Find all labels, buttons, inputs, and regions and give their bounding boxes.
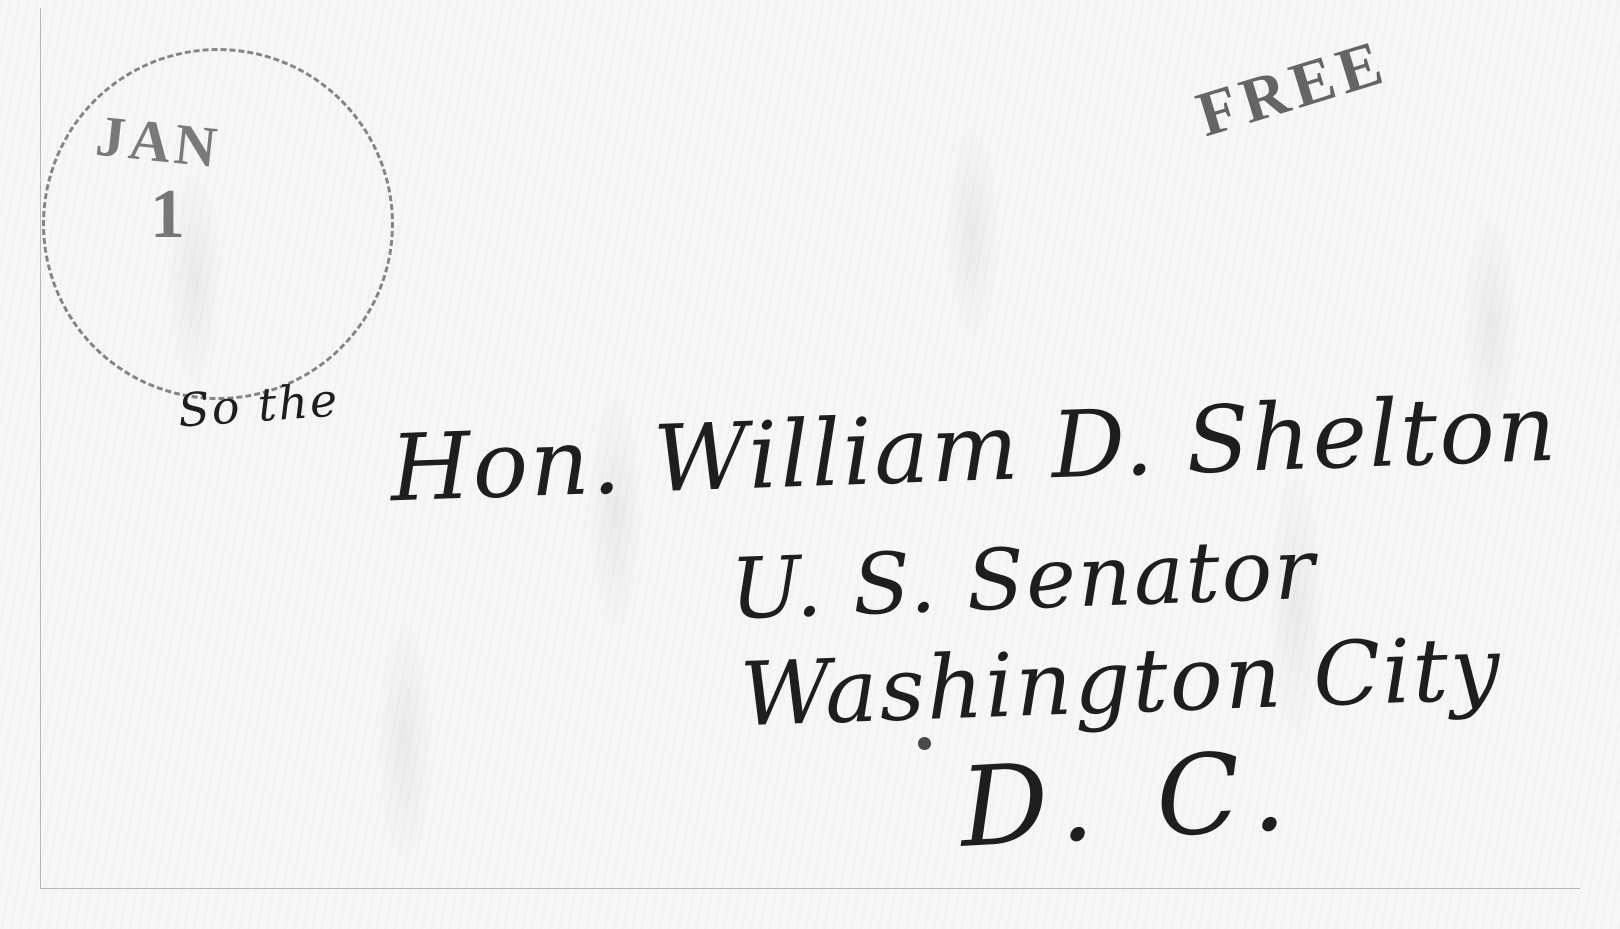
paper-edge-left: [40, 8, 41, 888]
ink-blot: [918, 737, 931, 750]
postmark-month: JAN: [93, 102, 224, 182]
free-frank-stamp: FREE: [1188, 24, 1396, 152]
circular-postmark: [19, 25, 417, 423]
postmark-day: 1: [150, 175, 185, 255]
postal-cover: JAN 1 FREE So the Hon. William D. Shelto…: [0, 0, 1620, 929]
forwarding-note: So the: [176, 372, 341, 437]
address-recipient-title: U. S. Senator: [728, 520, 1317, 638]
address-district: D. C.: [957, 726, 1303, 872]
address-city: Washington City: [738, 617, 1503, 747]
paper-edge-bottom: [40, 888, 1580, 889]
address-recipient-name: Hon. William D. Shelton: [388, 375, 1559, 523]
